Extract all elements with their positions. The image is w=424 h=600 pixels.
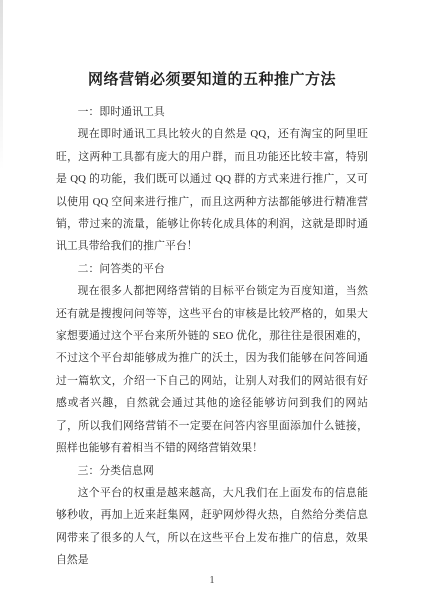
section-paragraph: 现在很多人都把网络营销的目标平台锁定为百度知道，当然还有就是搜搜问问等等，这些平… (56, 280, 368, 459)
document-body: 一：即时通讯工具 现在即时通讯工具比较火的自然是 QQ，还有淘宝的阿里旺旺，这两… (56, 101, 368, 572)
section-heading-3: 三：分类信息网 (56, 460, 368, 482)
page-content: 网络营销必须要知道的五种推广方法 一：即时通讯工具 现在即时通讯工具比较火的自然… (0, 0, 424, 588)
page-edge-shade (0, 0, 3, 170)
section-heading-2: 二：问答类的平台 (56, 258, 368, 280)
section-paragraph: 现在即时通讯工具比较火的自然是 QQ，还有淘宝的阿里旺旺，这两种工具都有庞大的用… (56, 123, 368, 257)
page-number: 1 (56, 574, 368, 588)
section-paragraph: 这个平台的权重是越来越高，大凡我们在上面发布的信息能够秒收，再加上近来赶集网，赶… (56, 482, 368, 572)
document-page: 网络营销必须要知道的五种推广方法 一：即时通讯工具 现在即时通讯工具比较火的自然… (0, 0, 424, 600)
section-heading-1: 一：即时通讯工具 (56, 101, 368, 123)
document-title: 网络营销必须要知道的五种推广方法 (56, 0, 368, 90)
